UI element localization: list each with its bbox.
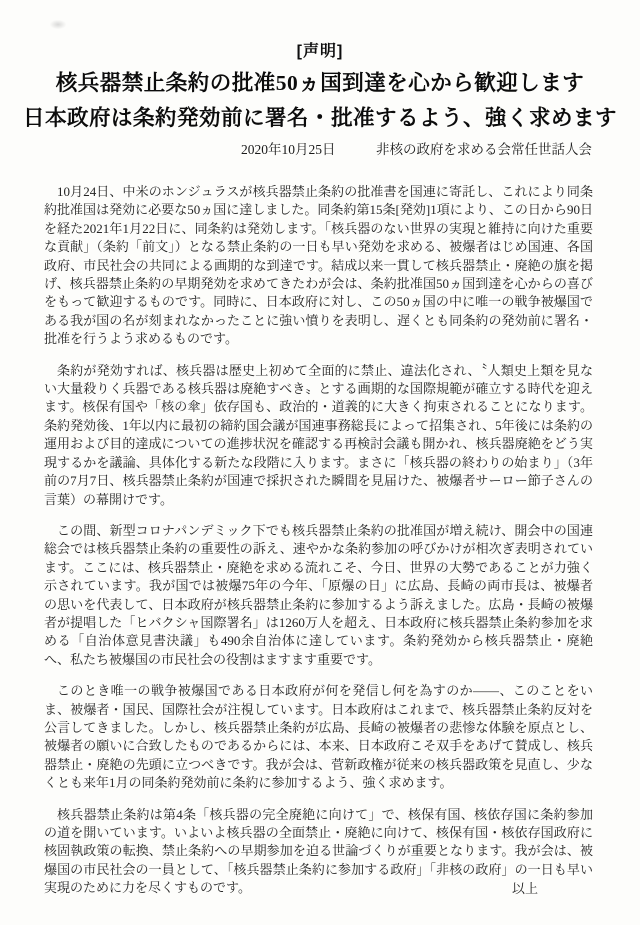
statement-organization: 非核の政府を求める会常任世話人会 xyxy=(376,142,592,157)
scan-artifact-smudge xyxy=(50,20,66,29)
statement-body: 10月24日、中米のホンジュラスが核兵器禁止条約の批准書を国連に寄託し、これによ… xyxy=(0,183,640,898)
statement-date: 2020年10月25日 xyxy=(241,142,336,157)
statement-paragraph-2: 条約が発効すれば、核兵器は歴史上初めて全面的に禁止、違法化され、〝人類史上類を見… xyxy=(44,362,593,509)
statement-paragraph-3: この間、新型コロナパンデミック下でも核兵器禁止条約の批准国が増え続け、開会中の国… xyxy=(44,522,593,669)
statement-paragraph-4: このとき唯一の戦争被爆国である日本政府が何を発信し何を為すのか――、このことをい… xyxy=(44,682,593,792)
statement-title-line-2: 日本政府は条約発効前に署名・批准するよう、強く求めます xyxy=(0,101,640,136)
statement-byline: 2020年10月25日非核の政府を求める会常任世話人会 xyxy=(0,141,640,159)
statement-title: 核兵器禁止条約の批准50ヵ国到達を心から歓迎します 日本政府は条約発効前に署名・… xyxy=(0,66,640,136)
statement-document-page: [声明] 核兵器禁止条約の批准50ヵ国到達を心から歓迎します 日本政府は条約発効… xyxy=(0,0,640,925)
statement-title-line-1: 核兵器禁止条約の批准50ヵ国到達を心から歓迎します xyxy=(0,66,640,101)
statement-paragraph-1: 10月24日、中米のホンジュラスが核兵器禁止条約の批准書を国連に寄託し、これによ… xyxy=(44,183,593,349)
statement-type-label: [声明] xyxy=(0,38,640,61)
